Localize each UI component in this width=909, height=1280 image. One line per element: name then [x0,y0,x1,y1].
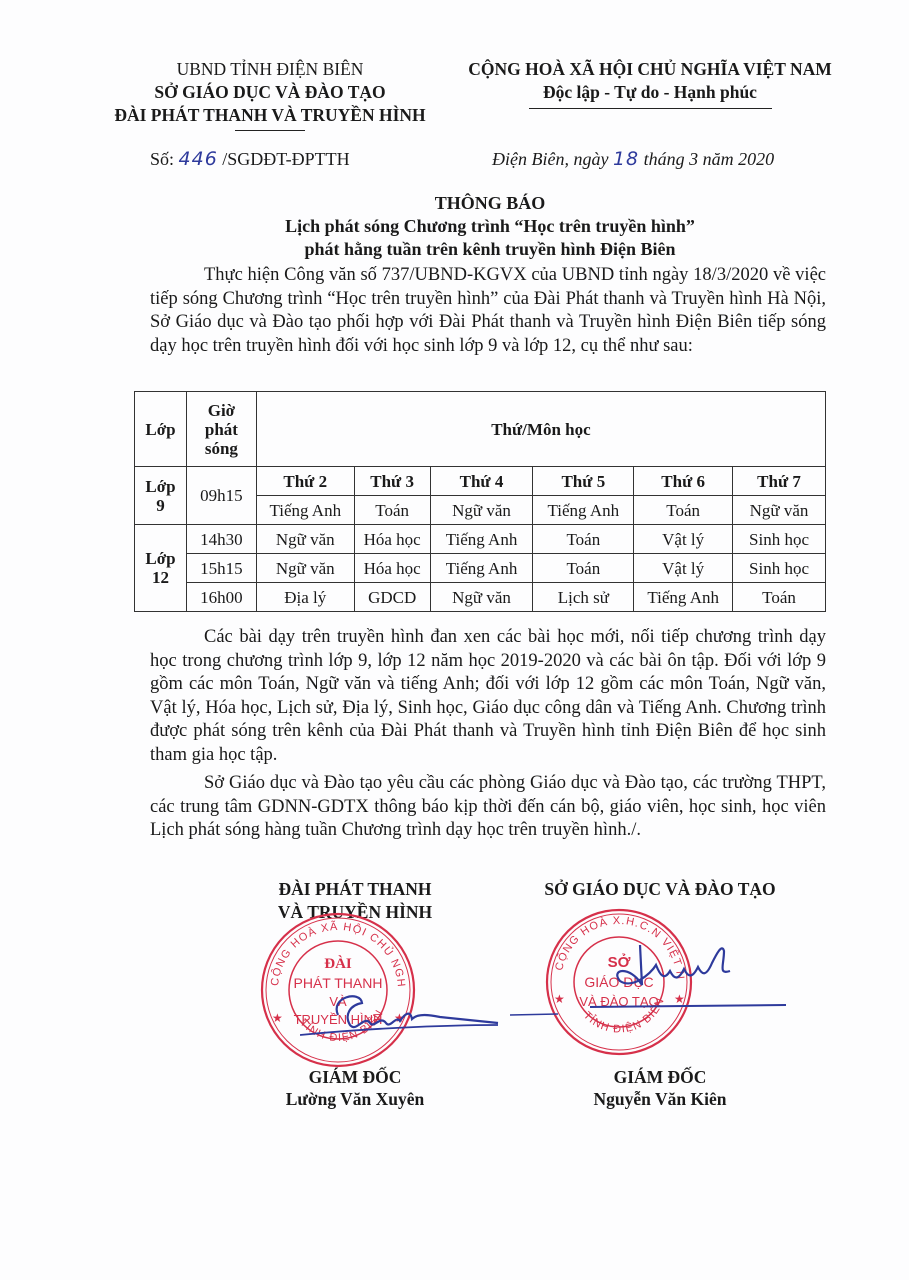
time-cell: 14h30 [186,525,256,554]
authority-department: SỞ GIÁO DỤC VÀ ĐÀO TẠO [100,81,440,104]
header-time-line3: sóng [189,439,254,458]
day-header: Thứ 3 [354,467,430,496]
table-row: Lớp 12 14h30 Ngữ văn Hóa học Tiếng Anh T… [135,525,826,554]
signer-left-role: GIÁM ĐỐC [220,1066,490,1088]
subject-cell: Vật lý [634,525,733,554]
table-row: 15h15 Ngữ văn Hóa học Tiếng Anh Toán Vật… [135,554,826,583]
title-main: THÔNG BÁO [150,192,830,215]
day-header: Thứ 6 [634,467,733,496]
doc-number-suffix: /SGDĐT-ĐPTTH [218,149,350,169]
class-label-line2: 12 [137,568,184,587]
subject-cell: GDCD [354,583,430,612]
day-header: Thứ 5 [533,467,634,496]
day-header: Thứ 2 [256,467,354,496]
title-sub-2: phát hằng tuần trên kênh truyền hình Điệ… [150,238,830,261]
program-description-paragraph: Các bài dạy trên truyền hình đan xen các… [150,626,826,768]
signer-left: GIÁM ĐỐC Lường Văn Xuyên [220,1066,490,1110]
signature-org-right: SỞ GIÁO DỤC VÀ ĐÀO TẠO [505,878,815,901]
signer-left-name: Lường Văn Xuyên [220,1088,490,1110]
class-label-line1: Lớp [137,477,184,496]
subject-cell: Toán [533,554,634,583]
issuing-authority: UBND TỈNH ĐIỆN BIÊN SỞ GIÁO DỤC VÀ ĐÀO T… [100,58,440,131]
subject-cell: Ngữ văn [430,583,533,612]
subject-cell: Tiếng Anh [430,554,533,583]
subject-cell: Tiếng Anh [430,525,533,554]
subject-cell: Toán [733,583,826,612]
subject-cell: Hóa học [354,554,430,583]
signature-left-icon [300,985,500,1045]
table-row: 16h00 Địa lý GDCD Ngữ văn Lịch sử Tiếng … [135,583,826,612]
subject-cell: Tiếng Anh [256,496,354,525]
header-left-underline [235,130,305,131]
signer-right: GIÁM ĐỐC Nguyễn Văn Kiên [505,1066,815,1110]
intro-paragraph: Thực hiện Công văn số 737/UBND-KGVX của … [150,264,826,358]
country-name: CỘNG HOÀ XÃ HỘI CHỦ NGHĨA VIỆT NAM [440,58,860,81]
header-broadcast-time: Giờ phát sóng [186,392,256,467]
doc-number-handwritten: 446 [179,148,218,170]
class-12-label: Lớp 12 [135,525,187,612]
class-label-line2: 9 [137,496,184,515]
doc-number-prefix: Số: [150,149,179,169]
header-time-line1: Giờ [189,401,254,420]
sig-left-org-line1: ĐÀI PHÁT THANH [220,878,490,901]
signer-right-role: GIÁM ĐỐC [505,1066,815,1088]
signature-tail-icon [510,1010,560,1020]
header-time-line2: phát [189,420,254,439]
subject-cell: Ngữ văn [256,525,354,554]
broadcast-schedule-table: Lớp Giờ phát sóng Thứ/Môn học Lớp 9 09h1… [134,391,826,612]
signature-right-icon [590,935,790,1015]
subject-cell: Tiếng Anh [533,496,634,525]
time-cell: 09h15 [186,467,256,525]
subject-cell: Ngữ văn [430,496,533,525]
authority-station: ĐÀI PHÁT THANH VÀ TRUYỀN HÌNH [100,104,440,127]
subject-cell: Hóa học [354,525,430,554]
subject-cell: Tiếng Anh [634,583,733,612]
subject-cell: Lịch sử [533,583,634,612]
svg-text:★: ★ [272,1011,283,1025]
national-motto: CỘNG HOÀ XÃ HỘI CHỦ NGHĨA VIỆT NAM Độc l… [440,58,860,109]
sig-right-org-line1: SỞ GIÁO DỤC VÀ ĐÀO TẠO [505,878,815,901]
day-header: Thứ 4 [430,467,533,496]
subject-cell: Sinh học [733,554,826,583]
subject-cell: Toán [354,496,430,525]
subject-cell: Ngữ văn [256,554,354,583]
time-cell: 15h15 [186,554,256,583]
header-right-underline [529,108,772,109]
class-label-line1: Lớp [137,549,184,568]
document-title: THÔNG BÁO Lịch phát sóng Chương trình “H… [150,192,830,261]
title-sub-1: Lịch phát sóng Chương trình “Học trên tr… [150,215,830,238]
request-paragraph: Sở Giáo dục và Đào tạo yêu cầu các phòng… [150,772,826,843]
svg-text:ĐÀI: ĐÀI [324,955,352,972]
date-prefix: Điện Biên, ngày [492,149,613,169]
subject-cell: Toán [533,525,634,554]
date-suffix: tháng 3 năm 2020 [639,149,774,169]
subject-cell: Vật lý [634,554,733,583]
subject-cell: Địa lý [256,583,354,612]
class-9-label: Lớp 9 [135,467,187,525]
table-row: Lớp 9 09h15 Thứ 2 Thứ 3 Thứ 4 Thứ 5 Thứ … [135,467,826,496]
document-number: Số: 446 /SGDĐT-ĐPTTH [150,148,350,170]
svg-text:★: ★ [554,992,565,1006]
header-day-subject: Thứ/Môn học [256,392,825,467]
table-header-row: Lớp Giờ phát sóng Thứ/Môn học [135,392,826,467]
time-cell: 16h00 [186,583,256,612]
subject-cell: Sinh học [733,525,826,554]
authority-province: UBND TỈNH ĐIỆN BIÊN [100,58,440,81]
header-class: Lớp [135,392,187,467]
motto: Độc lập - Tự do - Hạnh phúc [440,81,860,104]
signer-right-name: Nguyễn Văn Kiên [505,1088,815,1110]
date-line: Điện Biên, ngày 18 tháng 3 năm 2020 [492,148,774,170]
subject-cell: Toán [634,496,733,525]
day-header: Thứ 7 [733,467,826,496]
date-day-handwritten: 18 [613,148,639,170]
subject-cell: Ngữ văn [733,496,826,525]
